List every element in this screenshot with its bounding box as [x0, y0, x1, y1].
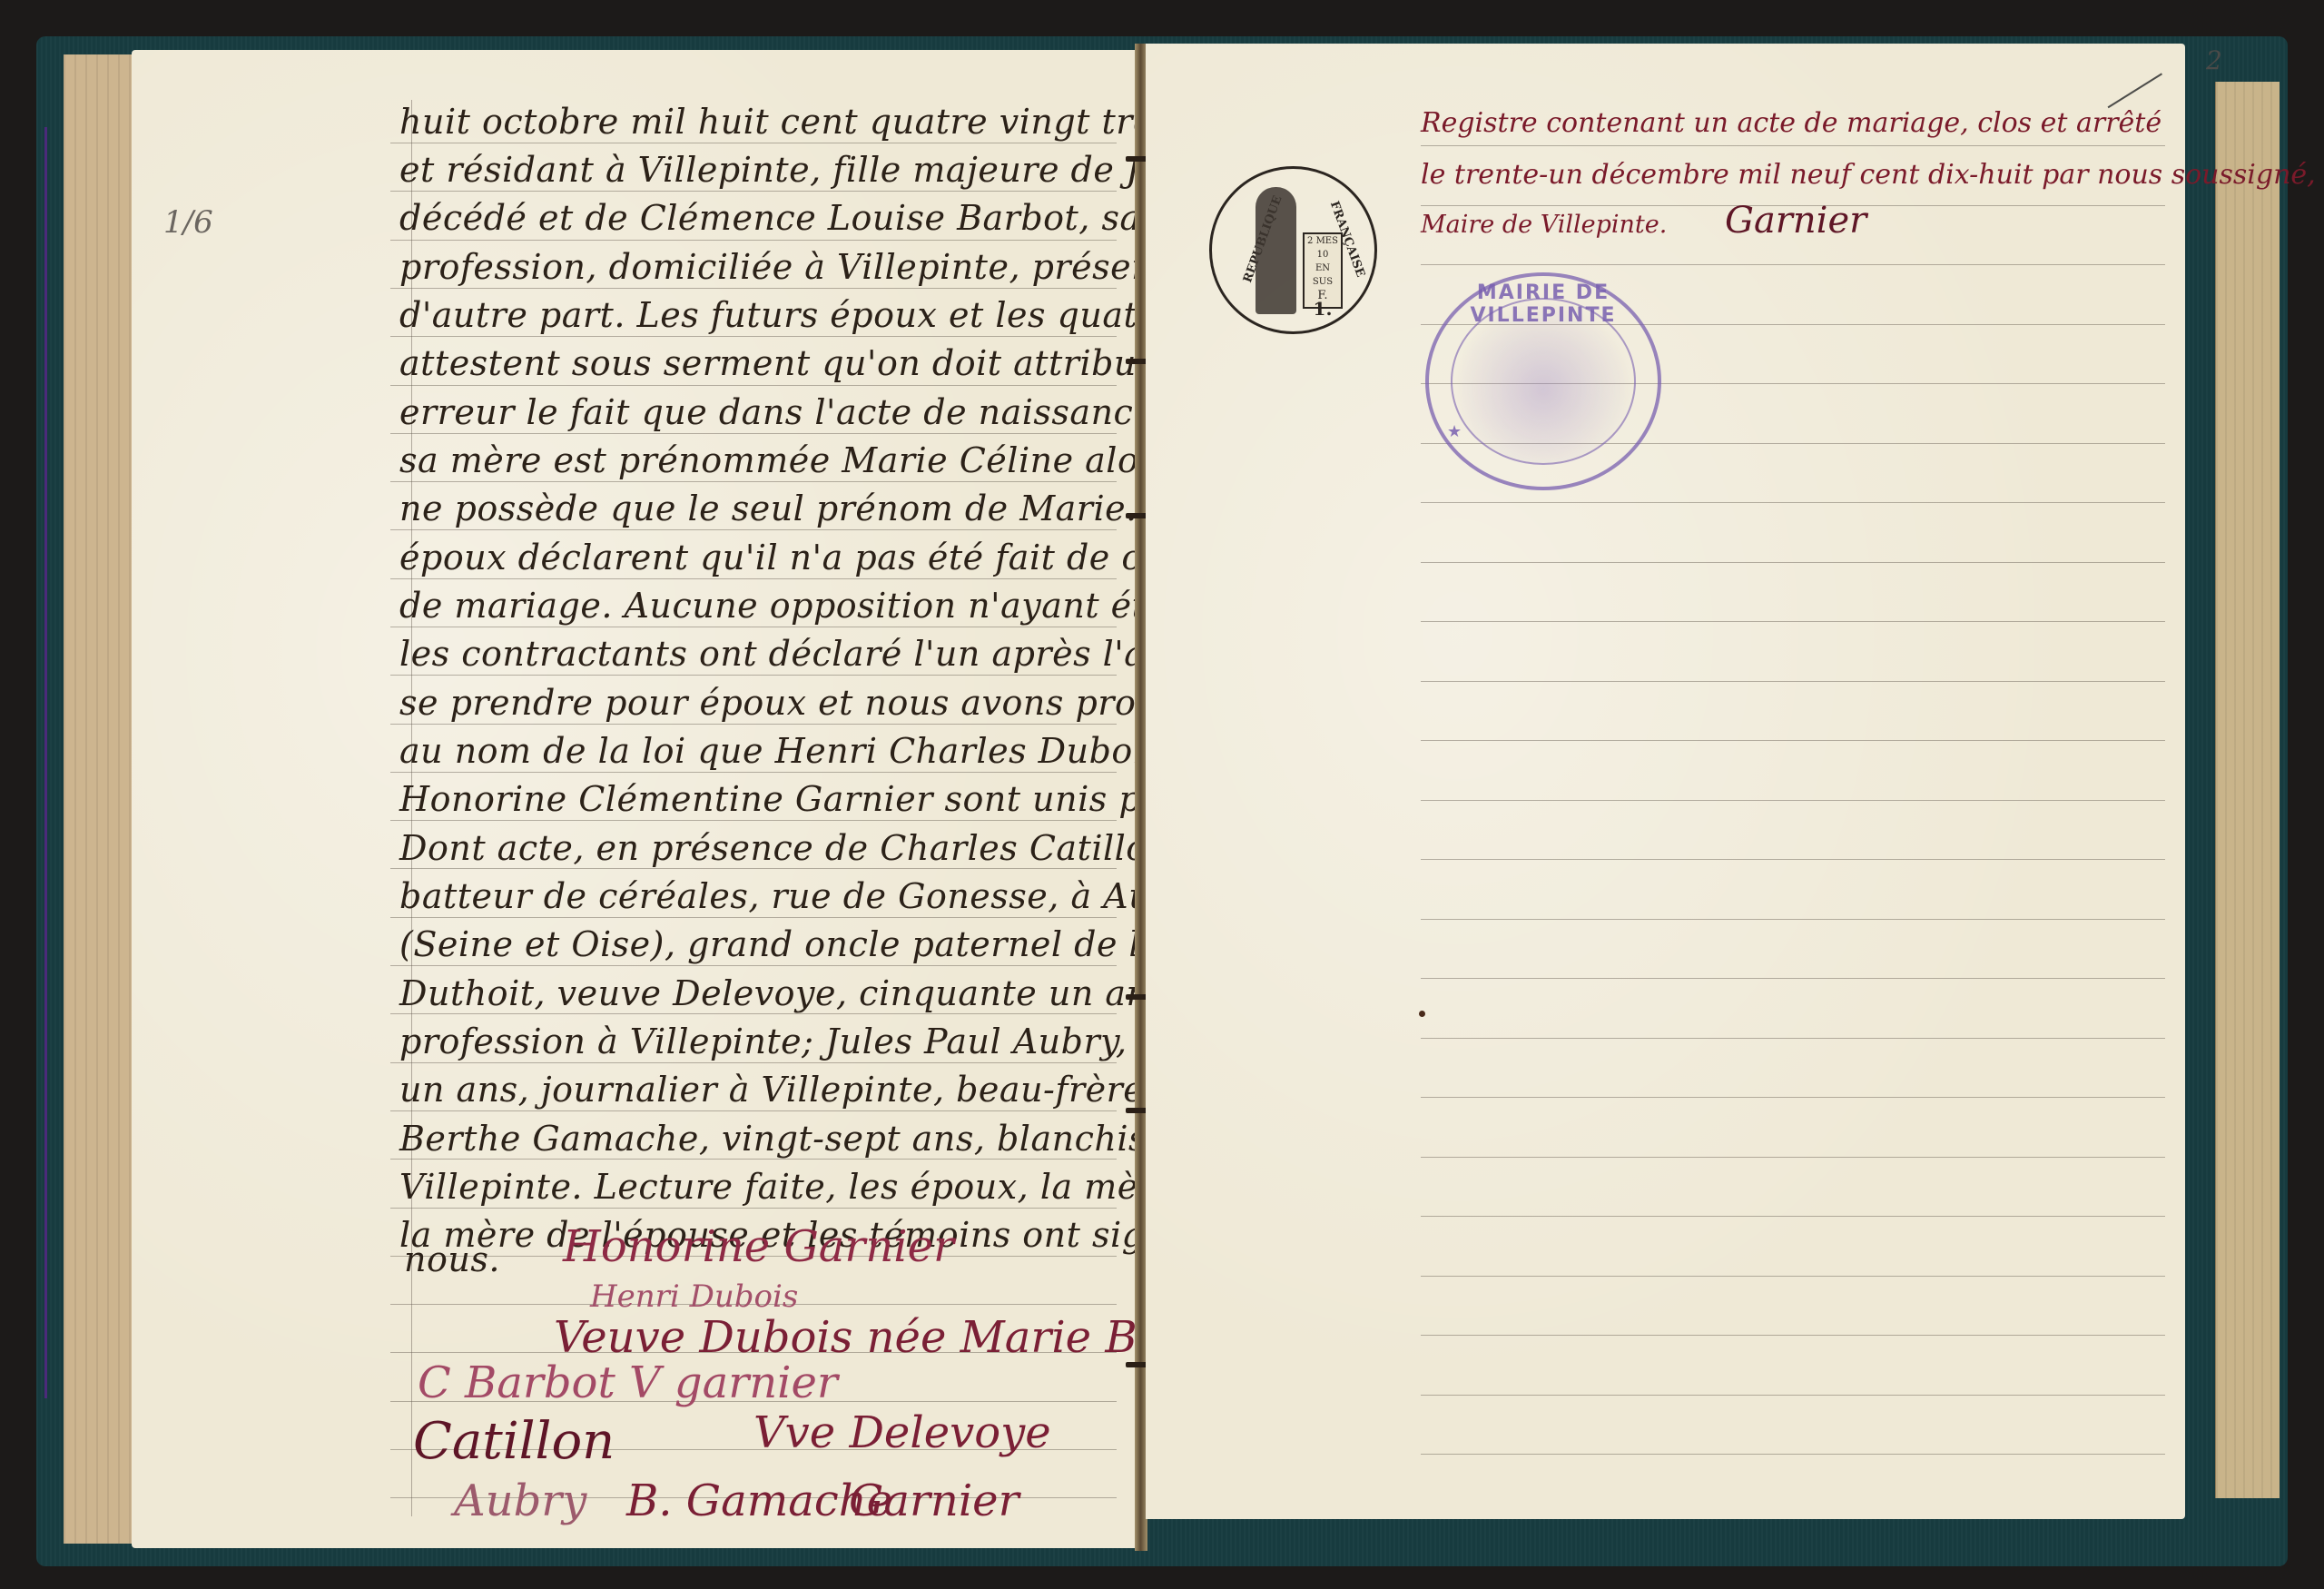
ruled-line [1421, 621, 2165, 622]
ruled-line [390, 385, 1117, 386]
page-number: 2 [2206, 45, 2222, 75]
ruled-line [1421, 740, 2165, 741]
ruled-line [1421, 1038, 2165, 1039]
stamp-value: 2 MES 10 [1305, 234, 1341, 262]
closing-line: le trente-un décembre mil neuf cent dix-… [1421, 159, 2316, 191]
ruled-line [1421, 859, 2165, 860]
signature-witness-catillon: Catillon [413, 1412, 615, 1471]
stamp-value: EN SUS [1305, 262, 1341, 289]
ruled-line [390, 965, 1117, 966]
body-line: nous. [404, 1239, 500, 1279]
signature-witness-aubry: Aubry [454, 1475, 586, 1526]
ruled-line [390, 675, 1117, 676]
mairie-stamp: MAIRIE DE VILLEPINTE ★ [1425, 272, 1661, 490]
ruled-line [1421, 919, 2165, 920]
ruled-line [1421, 681, 2165, 682]
signature-mayor-left: Garnier [849, 1475, 1019, 1526]
ruled-line [1421, 1157, 2165, 1158]
marianne-figure-icon [1256, 187, 1296, 314]
ruled-line [390, 917, 1117, 918]
ruled-line [1421, 800, 2165, 801]
right-page-stack-edge [2215, 82, 2280, 1498]
ruled-line [390, 1062, 1117, 1063]
fiscal-stamp: REPUBLIQUE FRANÇAISE 2 MES 10 EN SUS F. … [1209, 166, 1377, 334]
signature-bride-mother: C Barbot V garnier [418, 1357, 838, 1408]
ruled-line [390, 578, 1117, 579]
ruled-line [390, 1013, 1117, 1014]
ruled-line [1421, 978, 2165, 979]
ruled-line [390, 288, 1117, 289]
ruled-line [390, 1208, 1117, 1209]
signature-groom: Henri Dubois [590, 1278, 798, 1315]
ruled-line [1421, 502, 2165, 503]
stamp-value-box: 2 MES 10 EN SUS F. 1. [1303, 232, 1343, 309]
ruled-line [390, 433, 1117, 434]
ruled-line [390, 724, 1117, 725]
mayor-signature: Garnier [1725, 200, 1866, 242]
ruled-line [390, 868, 1117, 869]
body-line: au nom de la loi que Henri Charles Duboi… [399, 731, 1209, 771]
star-icon: ★ [1447, 422, 1462, 441]
ruled-line [390, 481, 1117, 482]
signature-witness-delevoye: Vve Delevoye [753, 1407, 1051, 1458]
stamp-value: 1. [1305, 302, 1341, 316]
ruled-line [390, 772, 1117, 773]
ruled-line [1421, 1395, 2165, 1396]
ink-dot [1419, 1011, 1425, 1017]
ruled-line [1421, 1216, 2165, 1217]
body-line: se prendre pour époux et nous avons pron… [399, 683, 1243, 723]
ruled-line [390, 820, 1117, 821]
ruled-line [390, 191, 1117, 192]
ruled-line [1421, 562, 2165, 563]
ruled-line [1421, 145, 2165, 146]
closing-line: Registre contenant un acte de mariage, c… [1421, 107, 2162, 139]
ruled-line [1421, 264, 2165, 265]
ruled-line [390, 240, 1117, 241]
ruled-line [390, 143, 1117, 143]
body-line: époux déclarent qu'il n'a pas été fait d… [399, 538, 1252, 577]
ruled-line [1421, 1335, 2165, 1336]
margin-pencil-mark: 1/6 [163, 204, 213, 241]
closing-line: Maire de Villepinte. [1421, 211, 1667, 239]
ruled-line [390, 1159, 1117, 1160]
ruled-line [1421, 1276, 2165, 1277]
left-page-stack-edge [64, 54, 137, 1544]
ruled-line [390, 1110, 1117, 1111]
ruled-line [390, 529, 1117, 530]
stamp-text: MAIRIE DE VILLEPINTE [1429, 281, 1658, 327]
ruled-line [1421, 1454, 2165, 1455]
signature-bride: Honorine Garnier [563, 1221, 954, 1272]
ruled-line [390, 627, 1117, 627]
ruled-line [390, 336, 1117, 337]
ruled-line [1421, 1097, 2165, 1098]
ribbon-edge [44, 127, 47, 1398]
